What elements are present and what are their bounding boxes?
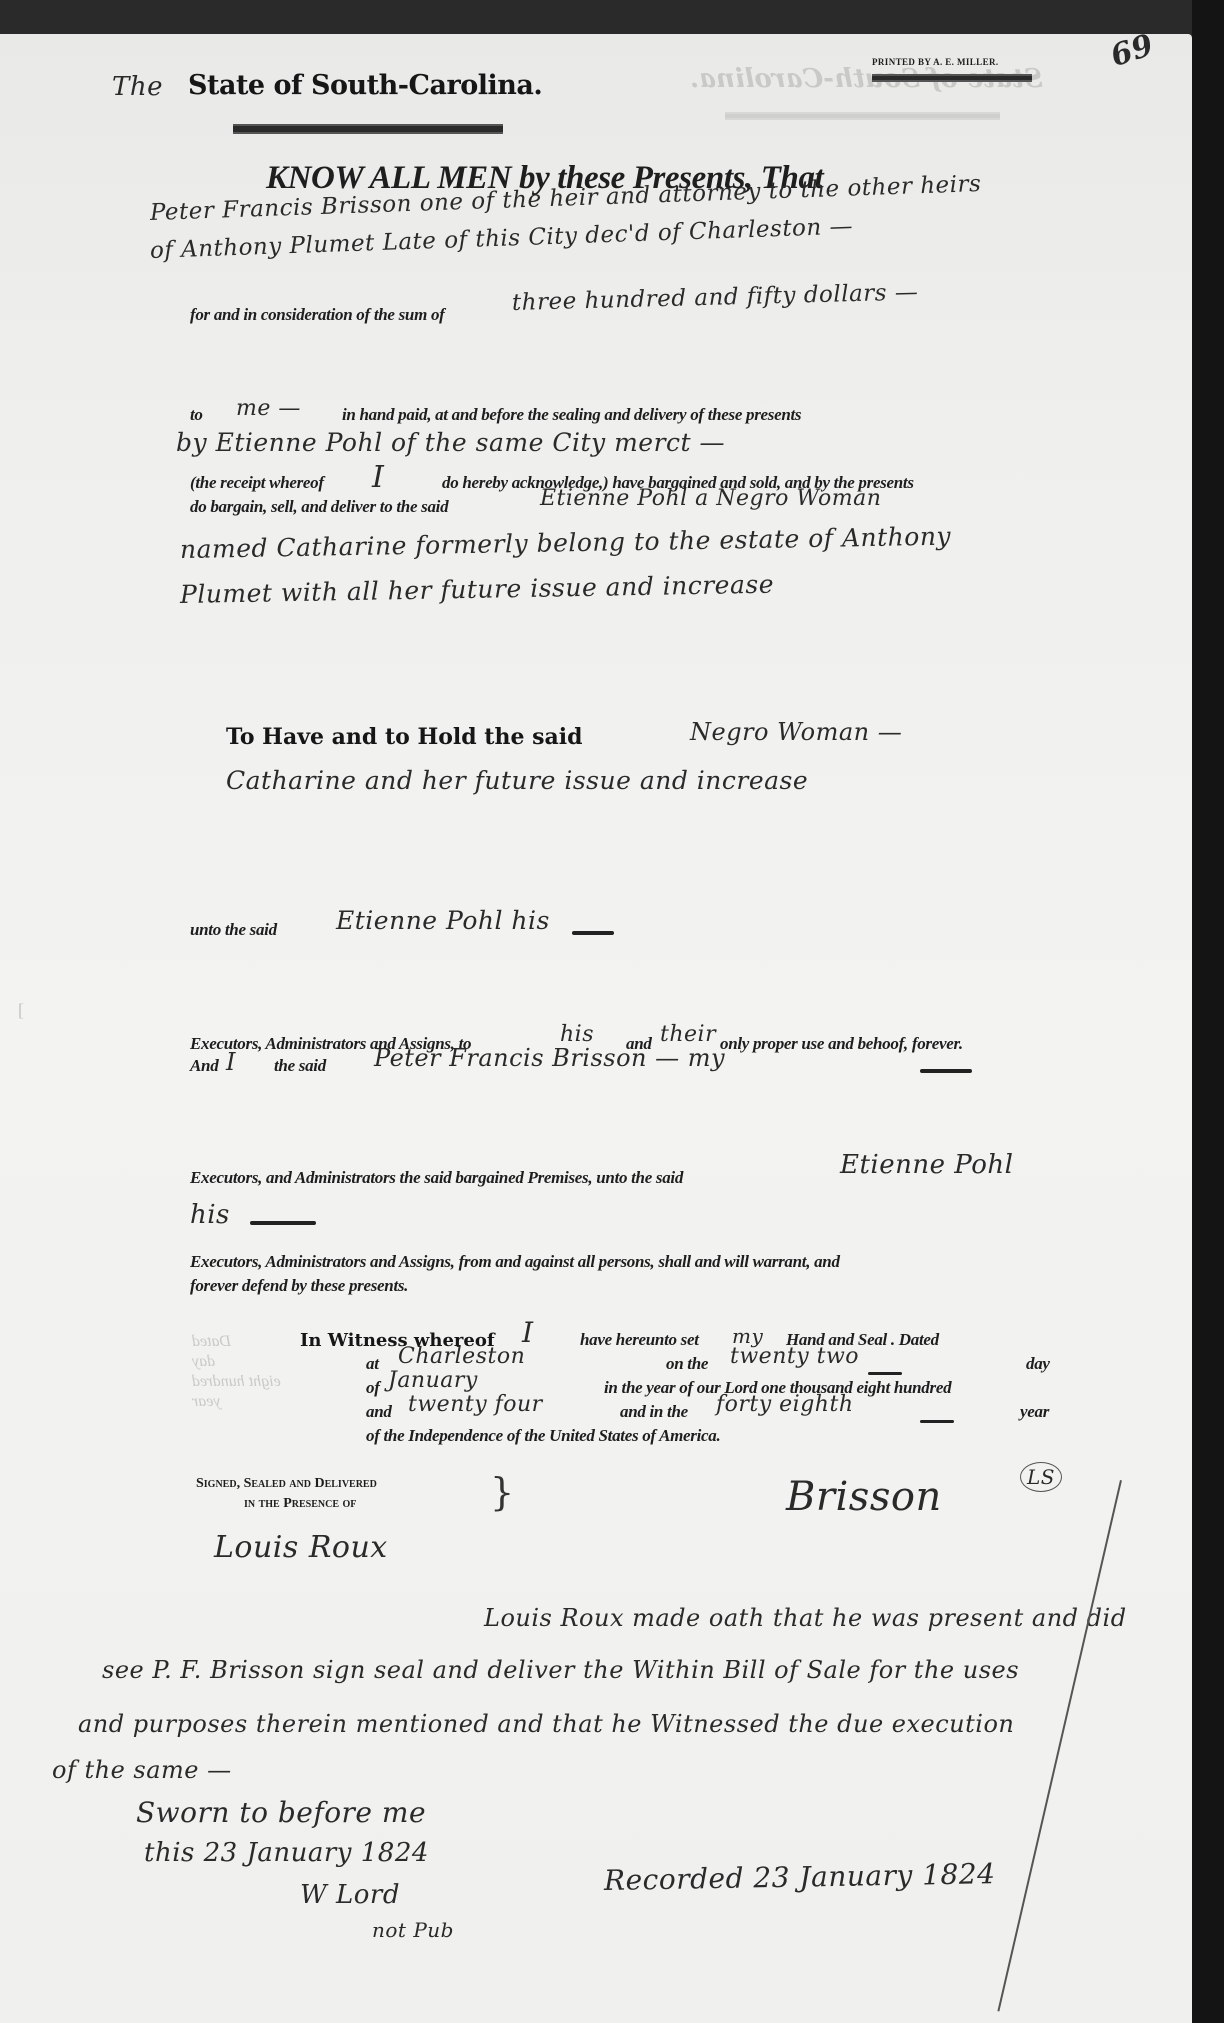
printer-credit: PRINTED BY A. E. MILLER. xyxy=(872,57,999,67)
year-handwritten: twenty four xyxy=(408,1392,543,1417)
receipt-i-handwritten: I xyxy=(372,460,384,495)
and-label: And xyxy=(190,1056,218,1076)
oath-line-1: Louis Roux made oath that he was present… xyxy=(484,1604,1127,1632)
bleed-through-hundred: eight hundred xyxy=(192,1373,281,1391)
day-label: day xyxy=(1026,1354,1050,1374)
oath-line-3: and purposes therein mentioned and that … xyxy=(78,1710,1014,1738)
scan-artifact-mark: [ xyxy=(18,1000,24,1021)
independence-clause: of the Independence of the United States… xyxy=(366,1426,720,1446)
habendum-clause: To Have and to Hold the said xyxy=(226,724,583,750)
on-the-label: on the xyxy=(666,1354,708,1374)
purchaser-handwritten: by Etienne Pohl of the same City merct — xyxy=(176,428,725,457)
bleed-through-dated: Dated xyxy=(192,1333,231,1351)
scan-right-border xyxy=(1192,0,1224,2023)
warranty-line-2: forever defend by these presents. xyxy=(190,1276,408,1296)
header-rule xyxy=(233,124,503,134)
signing-bracket: } xyxy=(490,1470,514,1514)
oath-line-4: of the same — xyxy=(52,1756,232,1784)
warranty-line-1: Executors, Administrators and Assigns, f… xyxy=(190,1252,840,1272)
payment-clause: in hand paid, at and before the sealing … xyxy=(342,405,801,425)
witness-signature: Louis Roux xyxy=(214,1530,388,1565)
jurat-sworn: Sworn to before me xyxy=(136,1796,426,1829)
the-said-label: the said xyxy=(274,1056,326,1076)
recording-note: Recorded 23 January 1824 xyxy=(604,1857,996,1897)
month-handwritten: January xyxy=(388,1368,478,1393)
at-label: at xyxy=(366,1354,379,1374)
signed-sealed-delivered: Signed, Sealed and Delivered xyxy=(196,1476,377,1492)
grantor-signature: Brisson xyxy=(786,1474,942,1520)
premises-dash xyxy=(250,1214,316,1232)
seal-mark: LS xyxy=(1020,1462,1062,1492)
and-i-dash xyxy=(920,1062,972,1080)
oath-line-2: see P. F. Brisson sign seal and deliver … xyxy=(102,1656,1019,1684)
premises-clause: Executors, and Administrators the said b… xyxy=(190,1168,683,1188)
buyer-and-subject-handwritten: Etienne Pohl a Negro Woman xyxy=(540,486,881,511)
year-label: year xyxy=(1020,1402,1049,1422)
state-title: State of South-Carolina. xyxy=(188,70,542,101)
in-the-presence-of: in the Presence of xyxy=(244,1496,356,1512)
bleed-through-rule xyxy=(725,112,1000,120)
notary-title: not Pub xyxy=(372,1918,454,1942)
hereunto-set: have hereunto set xyxy=(580,1330,699,1350)
habendum-subject-b: Catharine and her future issue and incre… xyxy=(226,766,808,795)
and-i-handwritten: I xyxy=(226,1048,236,1076)
of-label: of xyxy=(366,1378,380,1398)
premises-grantee-handwritten: Etienne Pohl xyxy=(840,1150,1013,1180)
and-in-the-label: and in the xyxy=(620,1402,688,1422)
to-payee-handwritten: me — xyxy=(236,396,301,421)
place-handwritten: Charleston xyxy=(398,1344,525,1369)
bleed-through-day: day xyxy=(192,1353,215,1371)
receipt-clause-a: (the receipt whereof xyxy=(190,473,324,493)
unto-label: unto the said xyxy=(190,920,277,940)
consideration-label: for and in consideration of the sum of xyxy=(190,305,445,325)
independence-year-handwritten: forty eighth xyxy=(716,1392,853,1417)
receipt-clause-c: do bargain, sell, and deliver to the sai… xyxy=(190,497,448,517)
unto-grantee-handwritten: Etienne Pohl his xyxy=(336,906,550,935)
day-handwritten: twenty two xyxy=(730,1344,859,1369)
independence-dash xyxy=(920,1412,954,1430)
to-label: to xyxy=(190,405,203,425)
premises-his-handwritten: his xyxy=(190,1200,230,1230)
grantor-name-handwritten: Peter Francis Brisson — my xyxy=(374,1044,725,1072)
printer-rule xyxy=(872,74,1032,82)
notary-signature: W Lord xyxy=(300,1880,400,1910)
header-prefix-handwritten: The xyxy=(112,72,163,102)
jurat-date: this 23 January 1824 xyxy=(144,1838,429,1868)
unto-dash xyxy=(572,924,614,942)
and-label-year: and xyxy=(366,1402,392,1422)
executors-clause-c: only proper use and behoof, forever. xyxy=(720,1034,963,1054)
habendum-subject-a: Negro Woman — xyxy=(690,718,902,746)
bleed-through-year: year xyxy=(192,1393,220,1411)
